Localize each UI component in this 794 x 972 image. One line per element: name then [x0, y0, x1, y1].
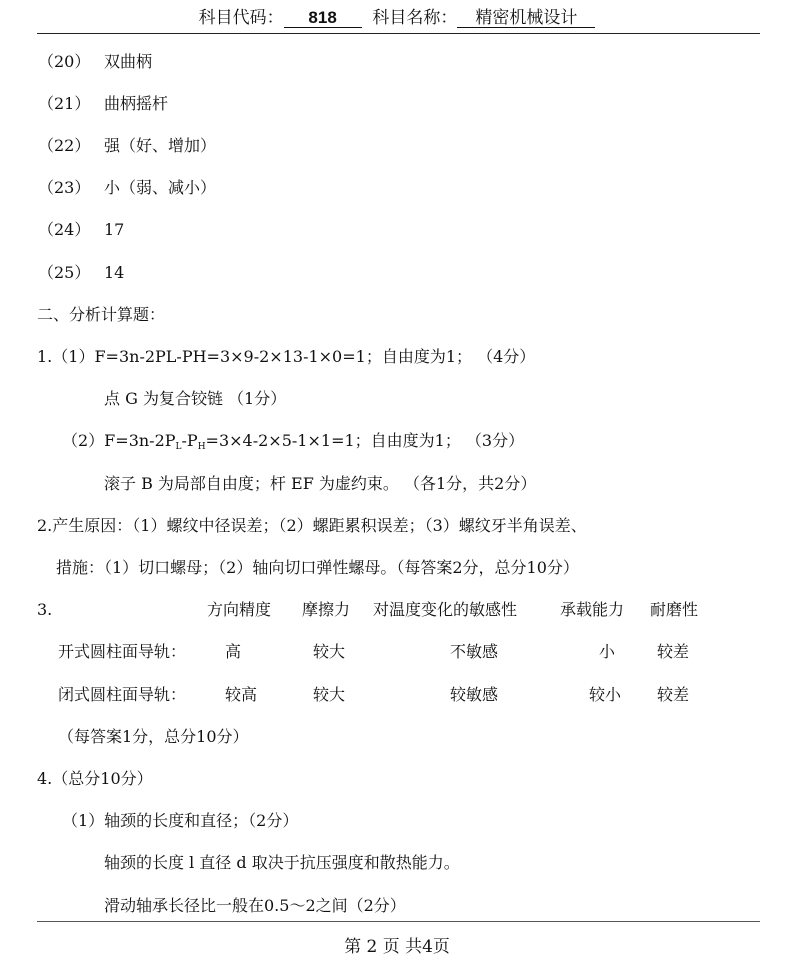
table-cell: 较小: [589, 685, 621, 705]
table-cell: 较敏感: [450, 685, 498, 705]
q1-line-2: 点 G 为复合铰链 （1分）: [104, 389, 286, 409]
footer-divider: [37, 921, 760, 922]
subject-code-label: 科目代码：: [199, 8, 284, 28]
q1-line-1: 1.（1）F=3n-2PL-PH=3×9-2×13-1×0=1；自由度为1； （…: [37, 347, 535, 367]
table-row-label: 开式圆柱面导轨：: [58, 642, 186, 662]
answer-number: （21）: [38, 94, 104, 114]
q2-line-2: 措施：（1）切口螺母；（2）轴向切口弹性螺母。（每答案2分，总分10分）: [56, 558, 579, 578]
table-header-temperature-sensitivity: 对温度变化的敏感性: [373, 600, 517, 620]
q3-note: （每答案1分，总分10分）: [58, 727, 249, 747]
answer-text: 17: [104, 220, 124, 239]
table-cell: 较差: [657, 685, 689, 705]
page-header: 科目代码：818 科目名称：精密机械设计: [0, 8, 794, 28]
answer-number: （25）: [38, 263, 104, 283]
q1-line-3: （2）F=3n-2PL-PH=3×4-2×5-1×1=1；自由度为1； （3分）: [62, 431, 524, 457]
answer-item-22: （22）强（好、增加）: [38, 136, 216, 156]
table-cell: 不敏感: [450, 642, 498, 662]
table-cell: 较大: [313, 642, 345, 662]
header-divider: [37, 33, 760, 34]
table-header-load-capacity: 承载能力: [560, 600, 624, 620]
table-cell: 较大: [313, 685, 345, 705]
subject-code-value: 818: [284, 9, 362, 28]
section-title: 二、分析计算题：: [37, 305, 165, 325]
formula-part: =3×4-2×5-1×1=1；自由度为1； （3分）: [206, 431, 525, 450]
answer-text: 曲柄摇杆: [104, 94, 168, 113]
table-cell: 高: [225, 642, 241, 662]
table-header-wear-resistance: 耐磨性: [650, 600, 698, 620]
table-cell: 小: [599, 642, 615, 662]
page-number: 第 2 页 共4页: [0, 937, 794, 957]
answer-item-24: （24）17: [38, 220, 124, 240]
answer-text: 双曲柄: [104, 52, 152, 71]
q4-line-4: 滑动轴承长径比一般在0.5～2之间（2分）: [104, 896, 406, 916]
table-row-label: 闭式圆柱面导轨：: [58, 685, 186, 705]
formula-part: -P: [182, 431, 198, 450]
answer-number: （22）: [38, 136, 104, 156]
answer-text: 小（弱、减小）: [104, 178, 216, 197]
answer-number: （24）: [38, 220, 104, 240]
formula-subscript: H: [198, 442, 206, 452]
table-header-direction-accuracy: 方向精度: [207, 600, 271, 620]
formula-part: （2）F=3n-2P: [62, 431, 176, 450]
answer-item-25: （25）14: [38, 263, 124, 283]
table-cell: 较高: [225, 685, 257, 705]
subject-name-value: 精密机械设计: [457, 9, 595, 28]
q2-line-1: 2.产生原因：（1）螺纹中径误差；（2）螺距累积误差；（3）螺纹牙半角误差、: [37, 516, 587, 536]
answer-item-20: （20）双曲柄: [38, 52, 152, 72]
table-header-friction: 摩擦力: [302, 600, 350, 620]
q3-number: 3.: [37, 600, 52, 620]
q4-line-1: 4.（总分10分）: [37, 769, 153, 789]
answer-number: （20）: [38, 52, 104, 72]
q4-line-3: 轴颈的长度 l 直径 d 取决于抗压强度和散热能力。: [104, 853, 460, 873]
answer-text: 14: [104, 263, 124, 282]
q4-line-2: （1）轴颈的长度和直径；（2分）: [62, 811, 298, 831]
subject-name-label: 科目名称：: [372, 8, 457, 28]
answer-item-21: （21）曲柄摇杆: [38, 94, 168, 114]
table-cell: 较差: [657, 642, 689, 662]
q1-line-4: 滚子 B 为局部自由度；杆 EF 为虚约束。 （各1分，共2分）: [104, 474, 536, 494]
answer-number: （23）: [38, 178, 104, 198]
answer-text: 强（好、增加）: [104, 136, 216, 155]
answer-item-23: （23）小（弱、减小）: [38, 178, 216, 198]
